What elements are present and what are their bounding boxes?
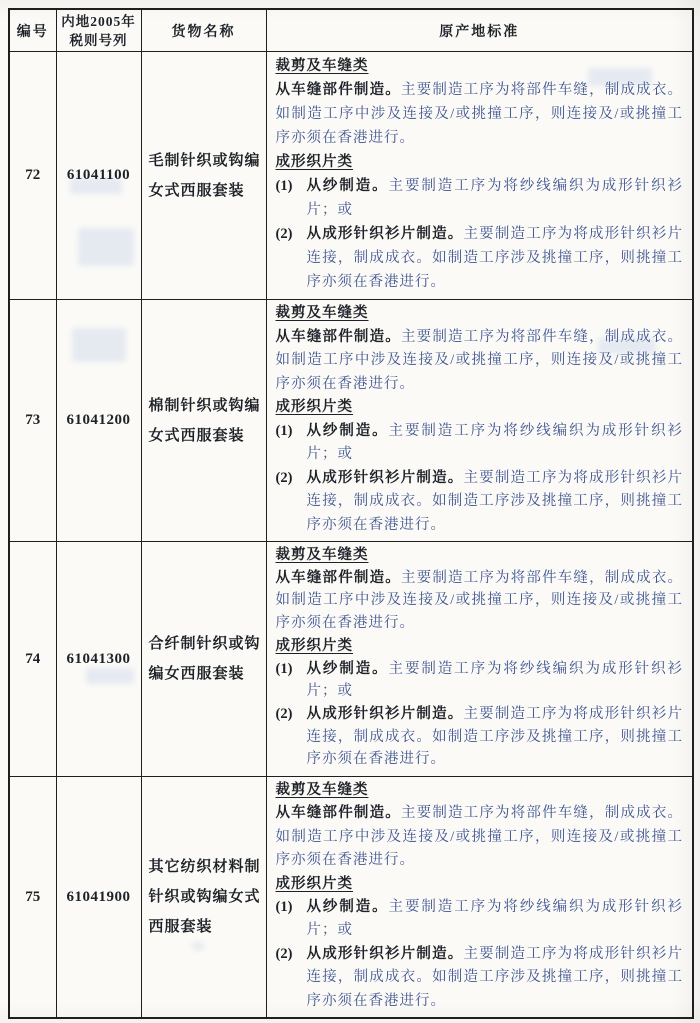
rule-item-2: (2) 从成形针织衫片制造。主要制造工序为将成形针织衫片连接，制成成衣。如制造工… xyxy=(276,222,684,294)
table-row: 75 61041900 其它纺织材料制针织或钩编女式西服套装 裁剪及车缝类 从车… xyxy=(9,777,693,1019)
tariff-code: 61041900 xyxy=(56,777,141,1019)
col-header-number: 编号 xyxy=(9,9,56,52)
knit-panel-heading: 成形织片类 xyxy=(276,873,684,896)
goods-name: 合纤制针织或钩编女西服套装 xyxy=(141,542,266,777)
rule-item-1: (1) 从纱制造。主要制造工序为将纱线编织为成形针织衫片；或 xyxy=(276,420,684,467)
cut-sew-heading: 裁剪及车缝类 xyxy=(276,54,684,78)
knit-panel-heading: 成形织片类 xyxy=(276,150,684,174)
knit-panel-heading: 成形织片类 xyxy=(276,635,684,658)
goods-name: 其它纺织材料制针织或钩编女式西服套装 xyxy=(141,777,266,1019)
rule-item-2: (2) 从成形针织衫片制造。主要制造工序为将成形针织衫片连接，制成成衣。如制造工… xyxy=(276,703,684,771)
table-row: 73 61041200 棉制针织或钩编女式西服套装 裁剪及车缝类 从车缝部件制造… xyxy=(9,300,693,542)
table-row: 74 61041300 合纤制针织或钩编女西服套装 裁剪及车缝类 从车缝部件制造… xyxy=(9,542,693,777)
cut-sew-rule: 从车缝部件制造。主要制造工序为将部件车缝，制成成衣。如制造工序中涉及连接及/或挑… xyxy=(276,802,684,872)
rule-item-1: (1) 从纱制造。主要制造工序为将纱线编织为成形针织衫片；或 xyxy=(276,896,684,943)
cut-sew-heading: 裁剪及车缝类 xyxy=(276,302,684,326)
origin-criteria-cell: 裁剪及车缝类 从车缝部件制造。主要制造工序为将部件车缝，制成成衣。如制造工序中涉… xyxy=(266,300,693,542)
cut-sew-rule: 从车缝部件制造。主要制造工序为将部件车缝，制成成衣。如制造工序中涉及连接及/或挑… xyxy=(276,78,684,150)
origin-criteria-table: 编号 内地2005年 税则号列 货物名称 原产地标准 72 61041100 毛… xyxy=(8,8,694,1019)
rule-item-1: (1) 从纱制造。主要制造工序为将纱线编织为成形针织衫片；或 xyxy=(276,174,684,222)
col-header-tariff: 内地2005年 税则号列 xyxy=(56,9,141,52)
row-number: 72 xyxy=(9,52,56,300)
rule-item-2: (2) 从成形针织衫片制造。主要制造工序为将成形针织衫片连接，制成成衣。如制造工… xyxy=(276,467,684,538)
rule-item-2: (2) 从成形针织衫片制造。主要制造工序为将成形针织衫片连接，制成成衣。如制造工… xyxy=(276,943,684,1013)
row-number: 73 xyxy=(9,300,56,542)
origin-criteria-cell: 裁剪及车缝类 从车缝部件制造。主要制造工序为将部件车缝，制成成衣。如制造工序中涉… xyxy=(266,542,693,777)
goods-name: 毛制针织或钩编女式西服套装 xyxy=(141,52,266,300)
row-number: 74 xyxy=(9,542,56,777)
col-header-goods: 货物名称 xyxy=(141,9,266,52)
tariff-code: 61041100 xyxy=(56,52,141,300)
tariff-header-line2: 税则号列 xyxy=(57,31,141,50)
goods-name: 棉制针织或钩编女式西服套装 xyxy=(141,300,266,542)
tariff-code: 61041200 xyxy=(56,300,141,542)
origin-criteria-cell: 裁剪及车缝类 从车缝部件制造。主要制造工序为将部件车缝，制成成衣。如制造工序中涉… xyxy=(266,52,693,300)
tariff-code: 61041300 xyxy=(56,542,141,777)
knit-panel-heading: 成形织片类 xyxy=(276,396,684,420)
col-header-origin: 原产地标准 xyxy=(266,9,693,52)
tariff-header-line1: 内地2005年 xyxy=(57,12,141,31)
cut-sew-heading: 裁剪及车缝类 xyxy=(276,544,684,567)
rule-item-1: (1) 从纱制造。主要制造工序为将纱线编织为成形针织衫片；或 xyxy=(276,658,684,703)
header-row: 编号 内地2005年 税则号列 货物名称 原产地标准 xyxy=(9,9,693,52)
row-number: 75 xyxy=(9,777,56,1019)
cut-sew-rule: 从车缝部件制造。主要制造工序为将部件车缝，制成成衣。如制造工序中涉及连接及/或挑… xyxy=(276,567,684,635)
origin-criteria-cell: 裁剪及车缝类 从车缝部件制造。主要制造工序为将部件车缝，制成成衣。如制造工序中涉… xyxy=(266,777,693,1019)
cut-sew-rule: 从车缝部件制造。主要制造工序为将部件车缝，制成成衣。如制造工序中涉及连接及/或挑… xyxy=(276,326,684,397)
cut-sew-heading: 裁剪及车缝类 xyxy=(276,779,684,802)
table-row: 72 61041100 毛制针织或钩编女式西服套装 裁剪及车缝类 从车缝部件制造… xyxy=(9,52,693,300)
